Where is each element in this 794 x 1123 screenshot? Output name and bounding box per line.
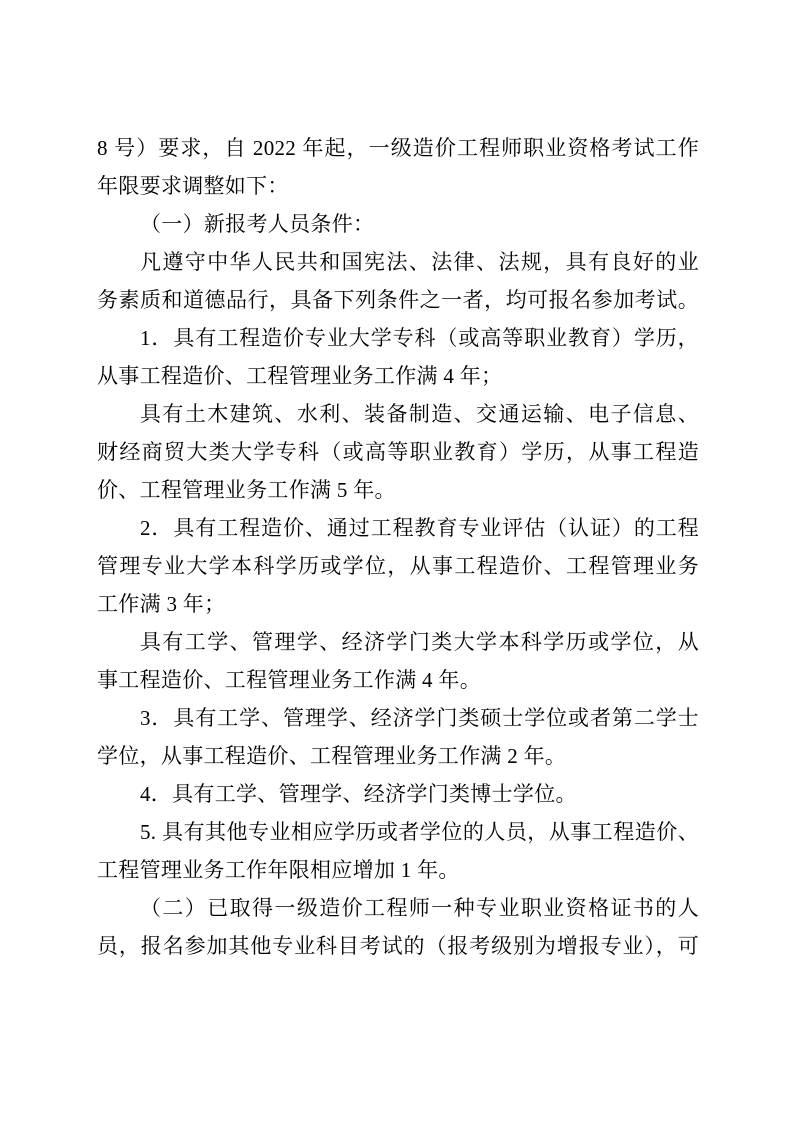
document-page: 8 号）要求，自 2022 年起，一级造价工程师职业资格考试工作 年限要求调整如… bbox=[0, 0, 794, 1123]
text-line: 4．具有工学、管理学、经济学门类博士学位。 bbox=[97, 775, 699, 813]
document-text-block: 8 号）要求，自 2022 年起，一级造价工程师职业资格考试工作 年限要求调整如… bbox=[97, 129, 699, 965]
text-line: 1．具有工程造价专业大学专科（或高等职业教育）学历， bbox=[97, 319, 699, 357]
text-line: 价、工程管理业务工作满 5 年。 bbox=[97, 471, 699, 509]
text-line: 员，报名参加其他专业科目考试的（报考级别为增报专业），可 bbox=[97, 927, 699, 965]
text-line: 凡遵守中华人民共和国宪法、法律、法规，具有良好的业 bbox=[97, 243, 699, 281]
text-line: 年限要求调整如下： bbox=[97, 167, 699, 205]
text-line: 管理专业大学本科学历或学位，从事工程造价、工程管理业务 bbox=[97, 547, 699, 585]
text-line: 工作满 3 年； bbox=[97, 585, 699, 623]
text-line: 3．具有工学、管理学、经济学门类硕士学位或者第二学士 bbox=[97, 699, 699, 737]
text-line: 具有土木建筑、水利、装备制造、交通运输、电子信息、 bbox=[97, 395, 699, 433]
text-line: 2．具有工程造价、通过工程教育专业评估（认证）的工程 bbox=[97, 509, 699, 547]
text-line: （二）已取得一级造价工程师一种专业职业资格证书的人 bbox=[97, 889, 699, 927]
text-line: 8 号）要求，自 2022 年起，一级造价工程师职业资格考试工作 bbox=[97, 129, 699, 167]
text-line: 5. 具有其他专业相应学历或者学位的人员，从事工程造价、 bbox=[97, 813, 699, 851]
text-line: （一）新报考人员条件： bbox=[97, 205, 699, 243]
text-line: 事工程造价、工程管理业务工作满 4 年。 bbox=[97, 661, 699, 699]
text-line: 务素质和道德品行，具备下列条件之一者，均可报名参加考试。 bbox=[97, 281, 699, 319]
text-line: 工程管理业务工作年限相应增加 1 年。 bbox=[97, 851, 699, 889]
text-line: 具有工学、管理学、经济学门类大学本科学历或学位，从 bbox=[97, 623, 699, 661]
text-line: 学位，从事工程造价、工程管理业务工作满 2 年。 bbox=[97, 737, 699, 775]
text-line: 从事工程造价、工程管理业务工作满 4 年； bbox=[97, 357, 699, 395]
text-line: 财经商贸大类大学专科（或高等职业教育）学历，从事工程造 bbox=[97, 433, 699, 471]
